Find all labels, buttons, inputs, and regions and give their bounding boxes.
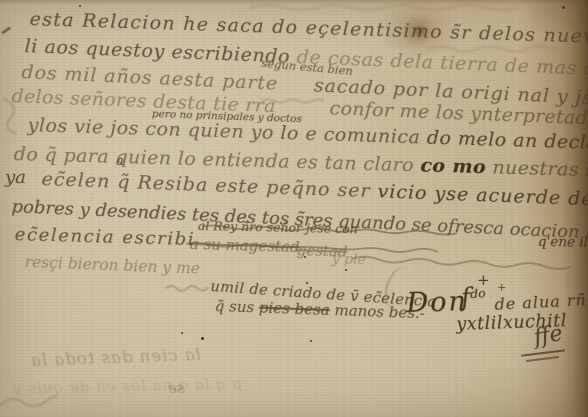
interlinear-insertion-alrey: al Rey ñro señor jese con: [198, 218, 358, 236]
signature-dealva: de alua rñ: [494, 290, 587, 314]
ink-speck: [310, 340, 312, 342]
edge-fragment: q'ene il: [538, 234, 588, 251]
ink-speck: [345, 269, 347, 271]
strikethrough-text: a su magestad: [189, 235, 299, 256]
line-text: ec̃elencia escribi: [14, 224, 195, 250]
line-text: lo e comunica: [280, 122, 427, 149]
line-text: q'ene il: [538, 234, 588, 251]
scribble-strike: [352, 252, 580, 275]
struck-text: a su magestad: [189, 235, 299, 256]
ink-speck: [562, 6, 565, 9]
ink-speck: [201, 337, 204, 340]
handwritten-line-9: ec̃elencia escribi: [14, 224, 195, 250]
handwritten-line-10: resçi bieron bien y me: [24, 253, 200, 278]
ink-speck: [306, 282, 308, 284]
ghost-scribble: [166, 282, 210, 293]
bleedthrough-line-2: p q la o na los en de quis y: [12, 375, 243, 398]
ink-speck: [79, 5, 81, 7]
margin-text: ya: [5, 167, 26, 188]
ink-speck: [181, 332, 183, 334]
line-text-faded: y ple: [331, 251, 366, 268]
bleedthrough-line-1: la cien das toda la: [30, 345, 202, 370]
line-text: q̃ sus: [214, 297, 259, 317]
signature-cross-icon: +: [477, 271, 490, 289]
rubric-underline: [521, 349, 565, 357]
line-text-dark: vicio yse acuerde del: [377, 180, 588, 210]
bleedthrough-text: la cien das toda la: [30, 345, 202, 370]
ghost-scribble: [250, 1, 530, 14]
bleedthrough-fragment: se: [168, 379, 185, 397]
rubric-underline: [526, 356, 559, 362]
margin-note-ya: ya: [5, 167, 26, 188]
line-text-faded: resçi bieron bien y me: [24, 253, 200, 278]
faded-fragment: y ple: [331, 251, 366, 268]
manuscript-page: esta Relacion he saca do eçelentisimo s̃…: [0, 0, 588, 417]
struck-text: pies besa: [259, 299, 330, 319]
signature-rubric: ffe: [532, 321, 565, 351]
signature-cross-icon: +: [497, 281, 506, 294]
superscript-text: a: [116, 154, 124, 169]
line-text-dark: do melo an decla: [426, 127, 588, 154]
line-text: esta Relacion he saca do: [29, 8, 306, 39]
cross-text: +: [497, 281, 506, 294]
signature-text: de alua rñ: [494, 290, 587, 314]
bleedthrough-text: se: [168, 379, 185, 397]
margin-mark: [1, 26, 11, 34]
rubric-text: ffe: [532, 321, 565, 351]
cross-text: +: [477, 271, 490, 289]
line-text: nuestras let: [486, 156, 588, 181]
line-text: eçelentisimo s̃r delos nueve: [305, 17, 588, 48]
line-text-dark: co mo: [420, 154, 486, 178]
bleedthrough-text: p q la o na los en de quis y: [12, 375, 243, 398]
superscript-a: a: [116, 154, 124, 169]
insertion-text: al Rey ñro señor jese con: [198, 218, 358, 236]
